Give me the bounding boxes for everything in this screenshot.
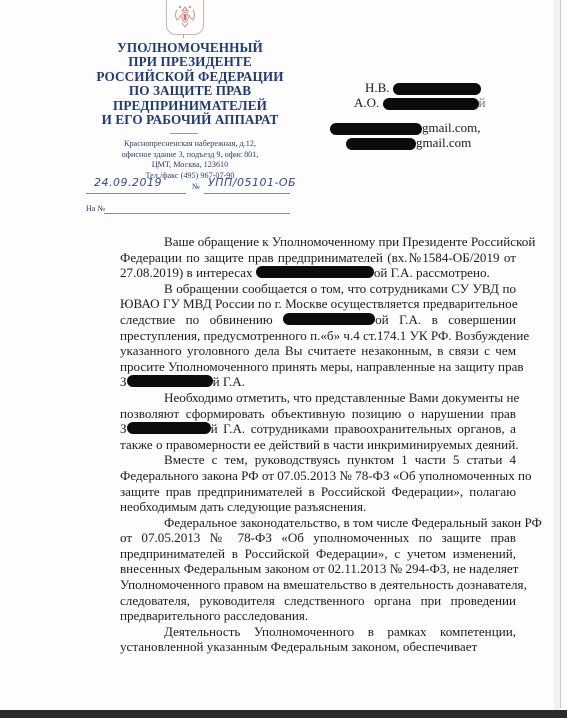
- addressee-line-2: А.О. й: [330, 95, 510, 110]
- org-line: И ЕГО РАБОЧИЙ АППАРАТ: [80, 113, 300, 127]
- body-line: Деятельность Уполномоченного в рамках ко…: [76, 624, 516, 640]
- org-line: РОССИЙСКОЙ ФЕДЕРАЦИИ: [80, 70, 300, 84]
- body-paragraph: Федеральное законодательство, в том числ…: [76, 515, 516, 624]
- redaction-bar: [127, 375, 213, 387]
- body-line: предпринимателей в Российской Федерации»…: [76, 546, 516, 562]
- body-paragraph: Вместе с тем, руководствуясь пунктом 1 ч…: [76, 452, 516, 514]
- body-paragraph: Ваше обращение к Уполномоченному при Пре…: [76, 234, 516, 281]
- body-line: предварительного расследования.: [76, 608, 516, 624]
- body-line: внесенных Федеральным законом от 02.11.2…: [76, 561, 516, 577]
- in-reply-line: [104, 202, 290, 214]
- russian-coat-of-arms-icon: [166, 0, 204, 35]
- email-suffix: gmail.com: [416, 135, 471, 150]
- body-line: также о правомерности ее действий в част…: [76, 437, 516, 453]
- addressee-initials: А.О.: [354, 95, 379, 110]
- emblem-divider: [183, 34, 184, 38]
- body-line: следователя, руководителя следственного …: [76, 593, 516, 609]
- redaction-bar: [127, 422, 211, 434]
- body-line: Федерации по защите прав предпринимателе…: [76, 250, 516, 266]
- body-line: Зй Г.А. сотрудниками правоохранительных …: [76, 421, 516, 437]
- org-line: ПО ЗАЩИТЕ ПРАВ: [80, 84, 300, 98]
- registration-row: 24.09.2019 № УПП/05101-ОБ: [86, 178, 290, 196]
- redaction-bar: [330, 123, 422, 135]
- body-paragraph: Необходимо отметить, что представленные …: [76, 390, 516, 452]
- redaction-bar: [256, 266, 374, 278]
- body-line: Уполномоченного правом на вмешательство …: [76, 577, 516, 593]
- body-line: защите прав предпринимателей в Российско…: [76, 484, 516, 500]
- email-suffix: gmail.com,: [422, 120, 481, 135]
- org-line: ПРИ ПРЕЗИДЕНТЕ: [80, 55, 300, 69]
- body-line: преступления, предусмотренного п.«б» ч.4…: [76, 328, 516, 344]
- address-line: офисное здание 3, подъезд 9, офис 801,: [80, 150, 300, 161]
- body-line: следствие по обвинению ой Г.А. в соверше…: [76, 312, 516, 328]
- body-line: позволяют сформировать объективную позиц…: [76, 406, 516, 422]
- body-line: Вместе с тем, руководствуясь пунктом 1 ч…: [76, 452, 516, 468]
- redaction-bar: [283, 313, 375, 325]
- address-line: ЦМТ, Москва, 123610: [80, 160, 300, 171]
- body-line: просите Уполномоченного принять меры, на…: [76, 359, 516, 375]
- body-line: Федерального закона РФ от 07.05.2013 № 7…: [76, 468, 516, 484]
- handwritten-number: УПП/05101-ОБ: [208, 176, 296, 189]
- body-line: необходимым дать следующие разъяснения.: [76, 499, 516, 515]
- page-edge-shadow: [554, 0, 560, 710]
- addressee-initials: Н.В.: [365, 80, 390, 95]
- addressee-line-1: Н.В.: [330, 80, 510, 95]
- letter-body: Ваше обращение к Уполномоченному при Пре…: [76, 234, 516, 655]
- body-line: Необходимо отметить, что представленные …: [76, 390, 516, 406]
- in-reply-label: На №: [86, 204, 105, 213]
- letterhead-divider: [170, 133, 198, 134]
- addressee-block: Н.В. А.О. й gmail.com, gmail.com: [330, 80, 510, 150]
- org-line: УПОЛНОМОЧЕННЫЙ: [80, 41, 300, 55]
- addressee-suffix: й: [479, 95, 486, 110]
- body-line: В обращении сообщается о том, что сотруд…: [76, 281, 516, 297]
- body-line: указанного уголовного дела Вы считаете н…: [76, 343, 516, 359]
- addressee-email-1: gmail.com,: [330, 120, 510, 135]
- redaction-bar: [346, 138, 416, 150]
- body-line: Федеральное законодательство, в том числ…: [76, 515, 516, 531]
- addressee-email-2: gmail.com: [330, 135, 510, 150]
- org-line: ПРЕДПРИНИМАТЕЛЕЙ: [80, 99, 300, 113]
- handwritten-date: 24.09.2019: [94, 176, 162, 189]
- body-line: установленной указанным Федеральным зако…: [76, 639, 516, 655]
- redaction-bar: [393, 83, 481, 95]
- body-line: Зй Г.А.: [76, 374, 516, 390]
- address-line: Краснопресненская набережная, д.12,: [80, 139, 300, 150]
- redaction-bar: [383, 98, 479, 110]
- organization-name: УПОЛНОМОЧЕННЫЙ ПРИ ПРЕЗИДЕНТЕ РОССИЙСКОЙ…: [80, 41, 300, 127]
- scan-bottom-edge: [0, 710, 567, 718]
- number-label: №: [192, 182, 200, 191]
- in-reply-row: На №: [86, 202, 290, 216]
- body-paragraph: Деятельность Уполномоченного в рамках ко…: [76, 624, 516, 655]
- letter-page: УПОЛНОМОЧЕННЫЙ ПРИ ПРЕЗИДЕНТЕ РОССИЙСКОЙ…: [0, 0, 561, 708]
- body-line: 27.08.2019) в интересах ой Г.А. рассмотр…: [76, 265, 516, 281]
- body-paragraph: В обращении сообщается о том, что сотруд…: [76, 281, 516, 390]
- body-line: от 07.05.2013 № 78-ФЗ «Об уполномоченных…: [76, 530, 516, 546]
- body-line: ЮВАО ГУ МВД России по г. Москве осуществ…: [76, 296, 516, 312]
- body-line: Ваше обращение к Уполномоченному при Пре…: [76, 234, 516, 250]
